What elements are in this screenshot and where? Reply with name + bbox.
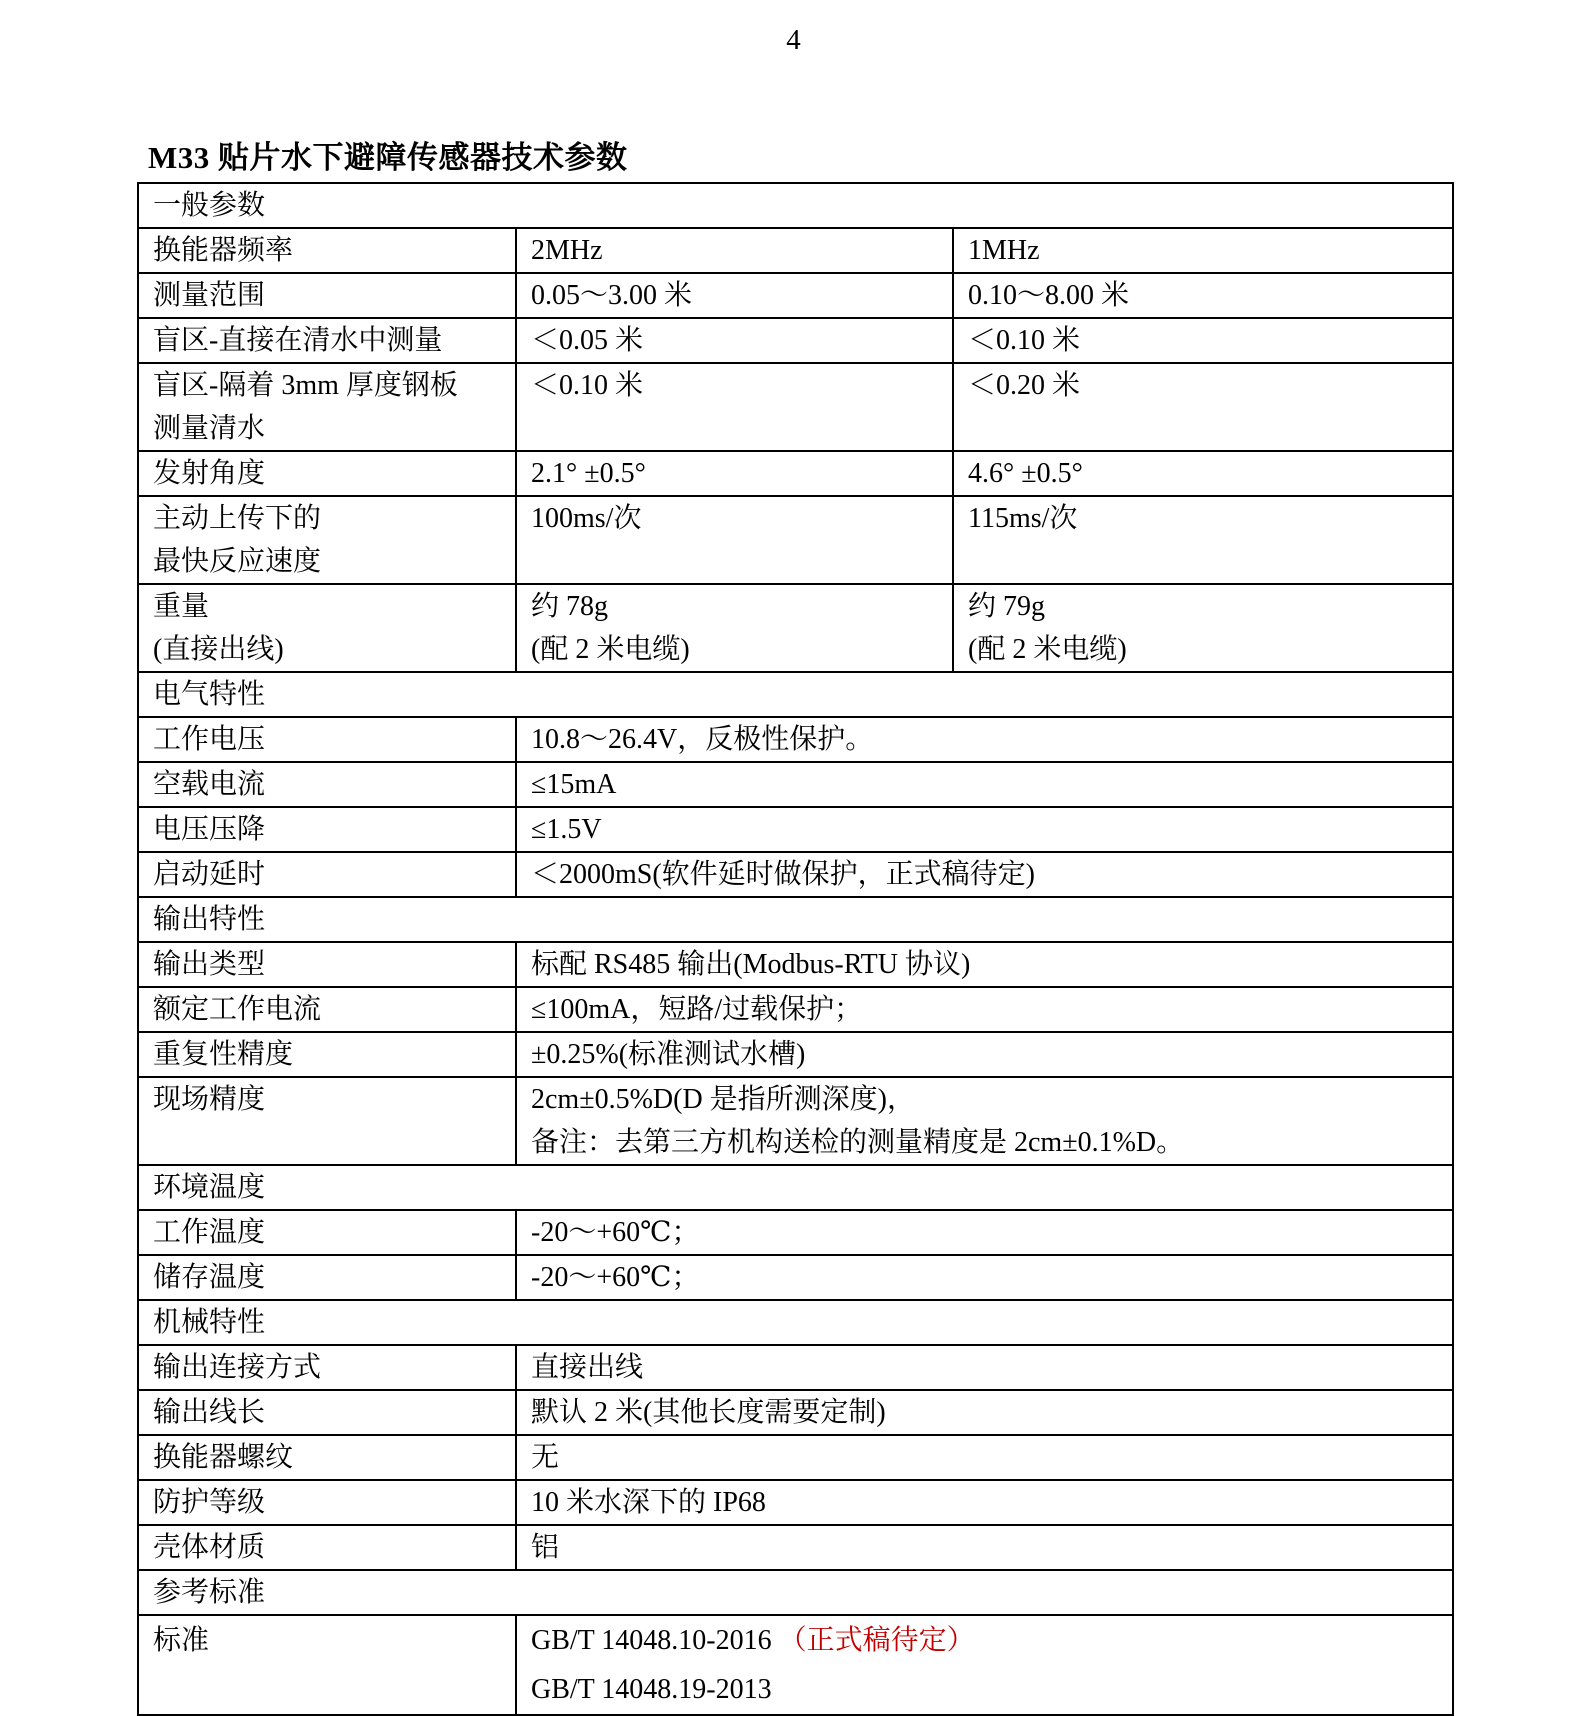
param-label-cell: 工作电压 xyxy=(138,717,516,762)
cell-text: ±0.25%(标准测试水槽) xyxy=(531,1039,805,1070)
cell-line: 约 79g xyxy=(968,585,1448,628)
cell-text: 约 78g xyxy=(531,591,608,622)
cell-text: 标准 xyxy=(153,1625,209,1656)
cell-text: 现场精度 xyxy=(153,1084,265,1115)
cell-text: 主动上传下的 xyxy=(153,503,321,534)
cell-line: 2.1° ±0.5° xyxy=(531,452,948,495)
cell-text: 启动延时 xyxy=(153,859,265,890)
cell-text: ＜0.05 米 xyxy=(531,325,643,356)
spec-row: 电压压降≤1.5V xyxy=(138,807,1453,852)
cell-line: (配 2 米电缆) xyxy=(531,628,948,671)
section-row: 一般参数 xyxy=(138,183,1453,228)
cell-line: 重复性精度 xyxy=(153,1033,511,1076)
cell-text: 10.8～26.4V，反极性保护。 xyxy=(531,724,873,755)
cell-line: ＜2000mS(软件延时做保护，正式稿待定) xyxy=(531,853,1448,896)
param-label-cell: 储存温度 xyxy=(138,1255,516,1300)
param-label-cell: 输出类型 xyxy=(138,942,516,987)
cell-line: 壳体材质 xyxy=(153,1526,511,1569)
param-label-cell: 输出连接方式 xyxy=(138,1345,516,1390)
cell-line: GB/T 14048.10-2016 （正式稿待定） xyxy=(531,1616,1448,1665)
cell-line: -20～+60℃； xyxy=(531,1211,1448,1254)
param-value-cell: ＜2000mS(软件延时做保护，正式稿待定) xyxy=(516,852,1453,897)
param-value-cell: ＜0.10 米 xyxy=(516,363,953,451)
cell-line: ≤15mA xyxy=(531,763,1448,806)
cell-text: (配 2 米电缆) xyxy=(968,634,1127,665)
cell-line: 空载电流 xyxy=(153,763,511,806)
spec-table-body: 一般参数换能器频率2MHz1MHz测量范围0.05～3.00 米0.10～8.0… xyxy=(138,183,1453,1715)
cell-text: 约 79g xyxy=(968,591,1045,622)
section-row: 环境温度 xyxy=(138,1165,1453,1210)
cell-line: (配 2 米电缆) xyxy=(968,628,1448,671)
spec-row: 现场精度2cm±0.5%D(D 是指所测深度)，备注：去第三方机构送检的测量精度… xyxy=(138,1077,1453,1165)
cell-text: 无 xyxy=(531,1442,559,1473)
param-value-cell: 4.6° ±0.5° xyxy=(953,451,1453,496)
param-value-cell: 标配 RS485 输出(Modbus-RTU 协议) xyxy=(516,942,1453,987)
spec-row: 测量范围0.05～3.00 米0.10～8.00 米 xyxy=(138,273,1453,318)
param-label-cell: 工作温度 xyxy=(138,1210,516,1255)
section-header-cell: 电气特性 xyxy=(138,672,1453,717)
cell-text: 标配 RS485 输出(Modbus-RTU 协议) xyxy=(531,949,970,980)
cell-text: 2.1° ±0.5° xyxy=(531,458,646,489)
param-label-cell: 换能器频率 xyxy=(138,228,516,273)
cell-line: 测量清水 xyxy=(153,407,511,450)
cell-text: 工作电压 xyxy=(153,724,265,755)
cell-line: 无 xyxy=(531,1436,1448,1479)
param-value-cell: 约 78g(配 2 米电缆) xyxy=(516,584,953,672)
cell-text: ＜0.10 米 xyxy=(531,370,643,401)
cell-line: 额定工作电流 xyxy=(153,988,511,1031)
cell-line: 盲区-隔着 3mm 厚度钢板 xyxy=(153,364,511,407)
cell-line: 工作电压 xyxy=(153,718,511,761)
param-value-cell: ＜0.20 米 xyxy=(953,363,1453,451)
cell-text: 默认 2 米(其他长度需要定制) xyxy=(531,1397,886,1428)
param-label-cell: 主动上传下的最快反应速度 xyxy=(138,496,516,584)
spec-row: 重量(直接出线)约 78g(配 2 米电缆)约 79g(配 2 米电缆) xyxy=(138,584,1453,672)
cell-line: ＜0.05 米 xyxy=(531,319,948,362)
param-label-cell: 盲区-隔着 3mm 厚度钢板测量清水 xyxy=(138,363,516,451)
param-label-cell: 壳体材质 xyxy=(138,1525,516,1570)
cell-line: 标准 xyxy=(153,1616,511,1665)
param-value-cell: ≤100mA，短路/过载保护； xyxy=(516,987,1453,1032)
section-header-cell: 一般参数 xyxy=(138,183,1453,228)
cell-line: 电压压降 xyxy=(153,808,511,851)
cell-text: 换能器螺纹 xyxy=(153,1442,293,1473)
param-value-cell: -20～+60℃； xyxy=(516,1210,1453,1255)
section-header-cell: 机械特性 xyxy=(138,1300,1453,1345)
spec-row: 盲区-直接在清水中测量＜0.05 米＜0.10 米 xyxy=(138,318,1453,363)
cell-line: 输出类型 xyxy=(153,943,511,986)
param-value-cell: ≤1.5V xyxy=(516,807,1453,852)
section-row: 电气特性 xyxy=(138,672,1453,717)
cell-line: 115ms/次 xyxy=(968,497,1448,540)
cell-line: 10 米水深下的 IP68 xyxy=(531,1481,1448,1524)
cell-line: 测量范围 xyxy=(153,274,511,317)
param-value-cell: ＜0.05 米 xyxy=(516,318,953,363)
param-label-cell: 空载电流 xyxy=(138,762,516,807)
param-value-cell: 10 米水深下的 IP68 xyxy=(516,1480,1453,1525)
param-value-cell: 无 xyxy=(516,1435,1453,1480)
cell-text: ≤1.5V xyxy=(531,814,602,845)
section-row: 输出特性 xyxy=(138,897,1453,942)
cell-line: ＜0.20 米 xyxy=(968,364,1448,407)
spec-row: 重复性精度±0.25%(标准测试水槽) xyxy=(138,1032,1453,1077)
cell-line: 发射角度 xyxy=(153,452,511,495)
cell-line: 最快反应速度 xyxy=(153,540,511,583)
cell-text: 2MHz xyxy=(531,235,603,266)
spec-row: 盲区-隔着 3mm 厚度钢板测量清水＜0.10 米＜0.20 米 xyxy=(138,363,1453,451)
param-label-cell: 启动延时 xyxy=(138,852,516,897)
cell-line: 约 78g xyxy=(531,585,948,628)
param-value-cell: 2MHz xyxy=(516,228,953,273)
cell-line: ±0.25%(标准测试水槽) xyxy=(531,1033,1448,1076)
cell-line: 储存温度 xyxy=(153,1256,511,1299)
cell-text: 测量清水 xyxy=(153,413,265,444)
section-row: 机械特性 xyxy=(138,1300,1453,1345)
cell-line: 10.8～26.4V，反极性保护。 xyxy=(531,718,1448,761)
spec-row: 工作电压10.8～26.4V，反极性保护。 xyxy=(138,717,1453,762)
spec-row: 发射角度2.1° ±0.5°4.6° ±0.5° xyxy=(138,451,1453,496)
spec-row: 启动延时＜2000mS(软件延时做保护，正式稿待定) xyxy=(138,852,1453,897)
spec-row: 工作温度-20～+60℃； xyxy=(138,1210,1453,1255)
cell-line: 主动上传下的 xyxy=(153,497,511,540)
spec-row: 输出线长默认 2 米(其他长度需要定制) xyxy=(138,1390,1453,1435)
cell-text: ＜0.10 米 xyxy=(968,325,1080,356)
spec-table: 一般参数换能器频率2MHz1MHz测量范围0.05～3.00 米0.10～8.0… xyxy=(137,182,1454,1716)
param-value-cell: GB/T 14048.10-2016 （正式稿待定）GB/T 14048.19-… xyxy=(516,1615,1453,1715)
spec-row: 储存温度-20～+60℃； xyxy=(138,1255,1453,1300)
spec-row: 标准GB/T 14048.10-2016 （正式稿待定）GB/T 14048.1… xyxy=(138,1615,1453,1715)
cell-text: 空载电流 xyxy=(153,769,265,800)
param-label-cell: 额定工作电流 xyxy=(138,987,516,1032)
cell-line: 2cm±0.5%D(D 是指所测深度)， xyxy=(531,1078,1448,1121)
param-value-cell: 0.10～8.00 米 xyxy=(953,273,1453,318)
cell-line: 1MHz xyxy=(968,229,1448,272)
cell-line: 换能器螺纹 xyxy=(153,1436,511,1479)
cell-text: 换能器频率 xyxy=(153,235,293,266)
cell-text: GB/T 14048.19-2013 xyxy=(531,1674,772,1705)
param-value-cell: 铝 xyxy=(516,1525,1453,1570)
cell-text: 备注：去第三方机构送检的测量精度是 2cm±0.1%D。 xyxy=(531,1127,1184,1158)
cell-text: 4.6° ±0.5° xyxy=(968,458,1083,489)
spec-row: 换能器螺纹无 xyxy=(138,1435,1453,1480)
param-value-cell: ≤15mA xyxy=(516,762,1453,807)
cell-text: 0.10～8.00 米 xyxy=(968,280,1129,311)
spec-row: 壳体材质铝 xyxy=(138,1525,1453,1570)
param-label-cell: 测量范围 xyxy=(138,273,516,318)
spec-row: 输出连接方式直接出线 xyxy=(138,1345,1453,1390)
param-label-cell: 发射角度 xyxy=(138,451,516,496)
param-value-cell: -20～+60℃； xyxy=(516,1255,1453,1300)
param-label-cell: 重复性精度 xyxy=(138,1032,516,1077)
cell-line: 2MHz xyxy=(531,229,948,272)
cell-text: 额定工作电流 xyxy=(153,994,321,1025)
spec-row: 主动上传下的最快反应速度100ms/次115ms/次 xyxy=(138,496,1453,584)
cell-text: 发射角度 xyxy=(153,458,265,489)
spec-row: 输出类型标配 RS485 输出(Modbus-RTU 协议) xyxy=(138,942,1453,987)
cell-text: 储存温度 xyxy=(153,1262,265,1293)
cell-text: ≤100mA，短路/过载保护； xyxy=(531,994,862,1025)
cell-text: 电压压降 xyxy=(153,814,265,845)
cell-text: -20～+60℃； xyxy=(531,1217,699,1248)
cell-text: -20～+60℃； xyxy=(531,1262,699,1293)
cell-line: ＜0.10 米 xyxy=(968,319,1448,362)
cell-line: 备注：去第三方机构送检的测量精度是 2cm±0.1%D。 xyxy=(531,1121,1448,1164)
cell-text: 盲区-隔着 3mm 厚度钢板 xyxy=(153,370,458,401)
section-header-cell: 参考标准 xyxy=(138,1570,1453,1615)
cell-line: 启动延时 xyxy=(153,853,511,896)
cell-line: 默认 2 米(其他长度需要定制) xyxy=(531,1391,1448,1434)
param-value-cell: ＜0.10 米 xyxy=(953,318,1453,363)
cell-text: 测量范围 xyxy=(153,280,265,311)
cell-line: 输出连接方式 xyxy=(153,1346,511,1389)
cell-text: 铝 xyxy=(531,1532,559,1563)
cell-text: 100ms/次 xyxy=(531,503,641,534)
param-value-cell: 1MHz xyxy=(953,228,1453,273)
param-label-cell: 电压压降 xyxy=(138,807,516,852)
cell-text: (直接出线) xyxy=(153,634,284,665)
cell-line: 4.6° ±0.5° xyxy=(968,452,1448,495)
spec-row: 防护等级10 米水深下的 IP68 xyxy=(138,1480,1453,1525)
cell-text: GB/T 14048.10-2016 xyxy=(531,1625,779,1656)
spec-row: 换能器频率2MHz1MHz xyxy=(138,228,1453,273)
page-title: M33 贴片水下避障传感器技术参数 xyxy=(148,132,628,177)
spec-row: 额定工作电流≤100mA，短路/过载保护； xyxy=(138,987,1453,1032)
cell-text: 重量 xyxy=(153,591,209,622)
param-label-cell: 换能器螺纹 xyxy=(138,1435,516,1480)
cell-line: (直接出线) xyxy=(153,628,511,671)
cell-line: 工作温度 xyxy=(153,1211,511,1254)
cell-line: GB/T 14048.19-2013 xyxy=(531,1665,1448,1714)
cell-text: 防护等级 xyxy=(153,1487,265,1518)
param-label-cell: 输出线长 xyxy=(138,1390,516,1435)
section-header-cell: 输出特性 xyxy=(138,897,1453,942)
param-label-cell: 盲区-直接在清水中测量 xyxy=(138,318,516,363)
page-number: 4 xyxy=(0,24,1587,57)
cell-line: 100ms/次 xyxy=(531,497,948,540)
cell-text: 0.05～3.00 米 xyxy=(531,280,692,311)
cell-line: 0.10～8.00 米 xyxy=(968,274,1448,317)
cell-text: 115ms/次 xyxy=(968,503,1077,534)
param-value-cell: 2cm±0.5%D(D 是指所测深度)，备注：去第三方机构送检的测量精度是 2c… xyxy=(516,1077,1453,1165)
param-value-cell: ±0.25%(标准测试水槽) xyxy=(516,1032,1453,1077)
cell-line: ≤100mA，短路/过载保护； xyxy=(531,988,1448,1031)
cell-text: 壳体材质 xyxy=(153,1532,265,1563)
cell-text: ＜0.20 米 xyxy=(968,370,1080,401)
cell-line: 铝 xyxy=(531,1526,1448,1569)
cell-line: 直接出线 xyxy=(531,1346,1448,1389)
param-label-cell: 防护等级 xyxy=(138,1480,516,1525)
cell-text: 工作温度 xyxy=(153,1217,265,1248)
param-label-cell: 现场精度 xyxy=(138,1077,516,1165)
section-header-cell: 环境温度 xyxy=(138,1165,1453,1210)
cell-text: ＜2000mS(软件延时做保护，正式稿待定) xyxy=(531,859,1035,890)
cell-text: 10 米水深下的 IP68 xyxy=(531,1487,766,1518)
cell-text: 盲区-直接在清水中测量 xyxy=(153,325,442,356)
cell-line: 换能器频率 xyxy=(153,229,511,272)
cell-text: 重复性精度 xyxy=(153,1039,293,1070)
spec-row: 空载电流≤15mA xyxy=(138,762,1453,807)
cell-text: 最快反应速度 xyxy=(153,546,321,577)
param-label-cell: 重量(直接出线) xyxy=(138,584,516,672)
cell-line: 盲区-直接在清水中测量 xyxy=(153,319,511,362)
cell-text: ≤15mA xyxy=(531,769,616,800)
cell-text: 1MHz xyxy=(968,235,1040,266)
cell-text: 2cm±0.5%D(D 是指所测深度)， xyxy=(531,1084,915,1115)
cell-line: 重量 xyxy=(153,585,511,628)
cell-line: ≤1.5V xyxy=(531,808,1448,851)
cell-line: 现场精度 xyxy=(153,1078,511,1121)
param-value-cell: 10.8～26.4V，反极性保护。 xyxy=(516,717,1453,762)
param-value-cell: 100ms/次 xyxy=(516,496,953,584)
cell-line: -20～+60℃； xyxy=(531,1256,1448,1299)
cell-text: 直接出线 xyxy=(531,1352,643,1383)
cell-line: ＜0.10 米 xyxy=(531,364,948,407)
section-row: 参考标准 xyxy=(138,1570,1453,1615)
param-value-cell: 直接出线 xyxy=(516,1345,1453,1390)
cell-line: 防护等级 xyxy=(153,1481,511,1524)
cell-line: 0.05～3.00 米 xyxy=(531,274,948,317)
cell-text: 输出线长 xyxy=(153,1397,265,1428)
cell-text: 输出类型 xyxy=(153,949,265,980)
param-value-cell: 默认 2 米(其他长度需要定制) xyxy=(516,1390,1453,1435)
pending-note-red-text: （正式稿待定） xyxy=(779,1625,975,1656)
param-value-cell: 115ms/次 xyxy=(953,496,1453,584)
cell-line: 标配 RS485 输出(Modbus-RTU 协议) xyxy=(531,943,1448,986)
param-label-cell: 标准 xyxy=(138,1615,516,1715)
param-value-cell: 0.05～3.00 米 xyxy=(516,273,953,318)
cell-line: 输出线长 xyxy=(153,1391,511,1434)
param-value-cell: 2.1° ±0.5° xyxy=(516,451,953,496)
cell-text: 输出连接方式 xyxy=(153,1352,321,1383)
param-value-cell: 约 79g(配 2 米电缆) xyxy=(953,584,1453,672)
cell-text: (配 2 米电缆) xyxy=(531,634,690,665)
